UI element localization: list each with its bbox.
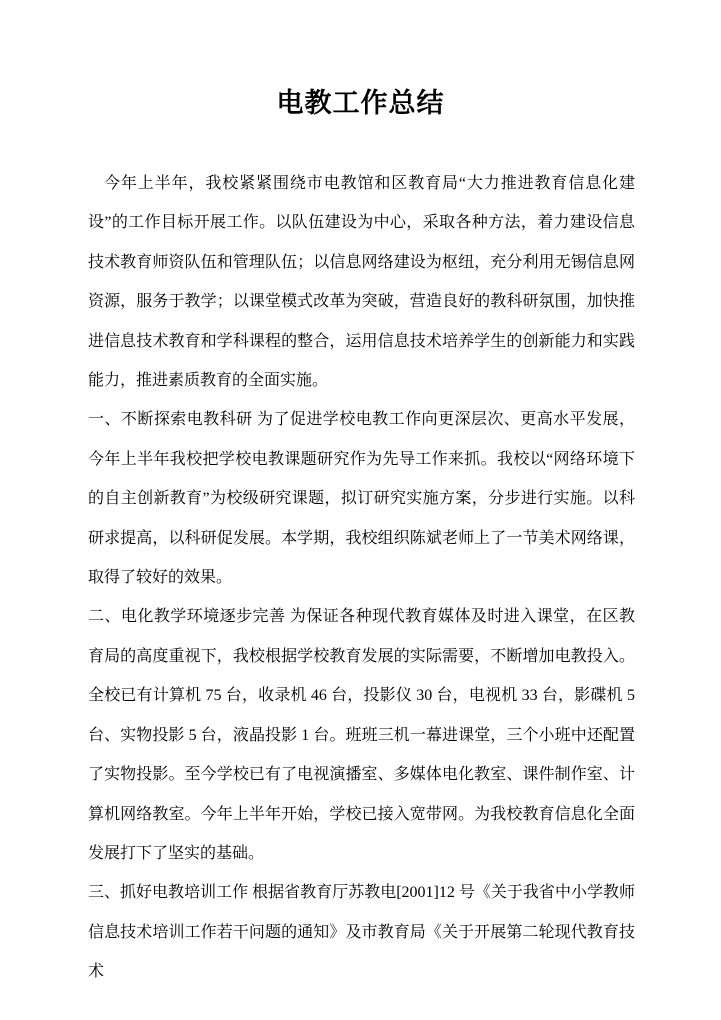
paragraph-section-2: 二、电化教学环境逐步完善 为保证各种现代教育媒体及时进入课堂，在区教育局的高度重… <box>88 597 635 873</box>
paragraph-section-3: 三、抓好电教培训工作 根据省教育厅苏教电[2001]12 号《关于我省中小学教师… <box>88 873 635 991</box>
document-body: 今年上半年，我校紧紧围绕市电教馆和区教育局“大力推进教育信息化建设”的工作目标开… <box>88 164 635 992</box>
paragraph-intro: 今年上半年，我校紧紧围绕市电教馆和区教育局“大力推进教育信息化建设”的工作目标开… <box>88 164 635 400</box>
paragraph-section-1: 一、不断探索电教科研 为了促进学校电教工作向更深层次、更高水平发展，今年上半年我… <box>88 400 635 597</box>
document-page: 电教工作总结 今年上半年，我校紧紧围绕市电教馆和区教育局“大力推进教育信息化建设… <box>0 0 721 1020</box>
document-title: 电教工作总结 <box>0 0 721 120</box>
